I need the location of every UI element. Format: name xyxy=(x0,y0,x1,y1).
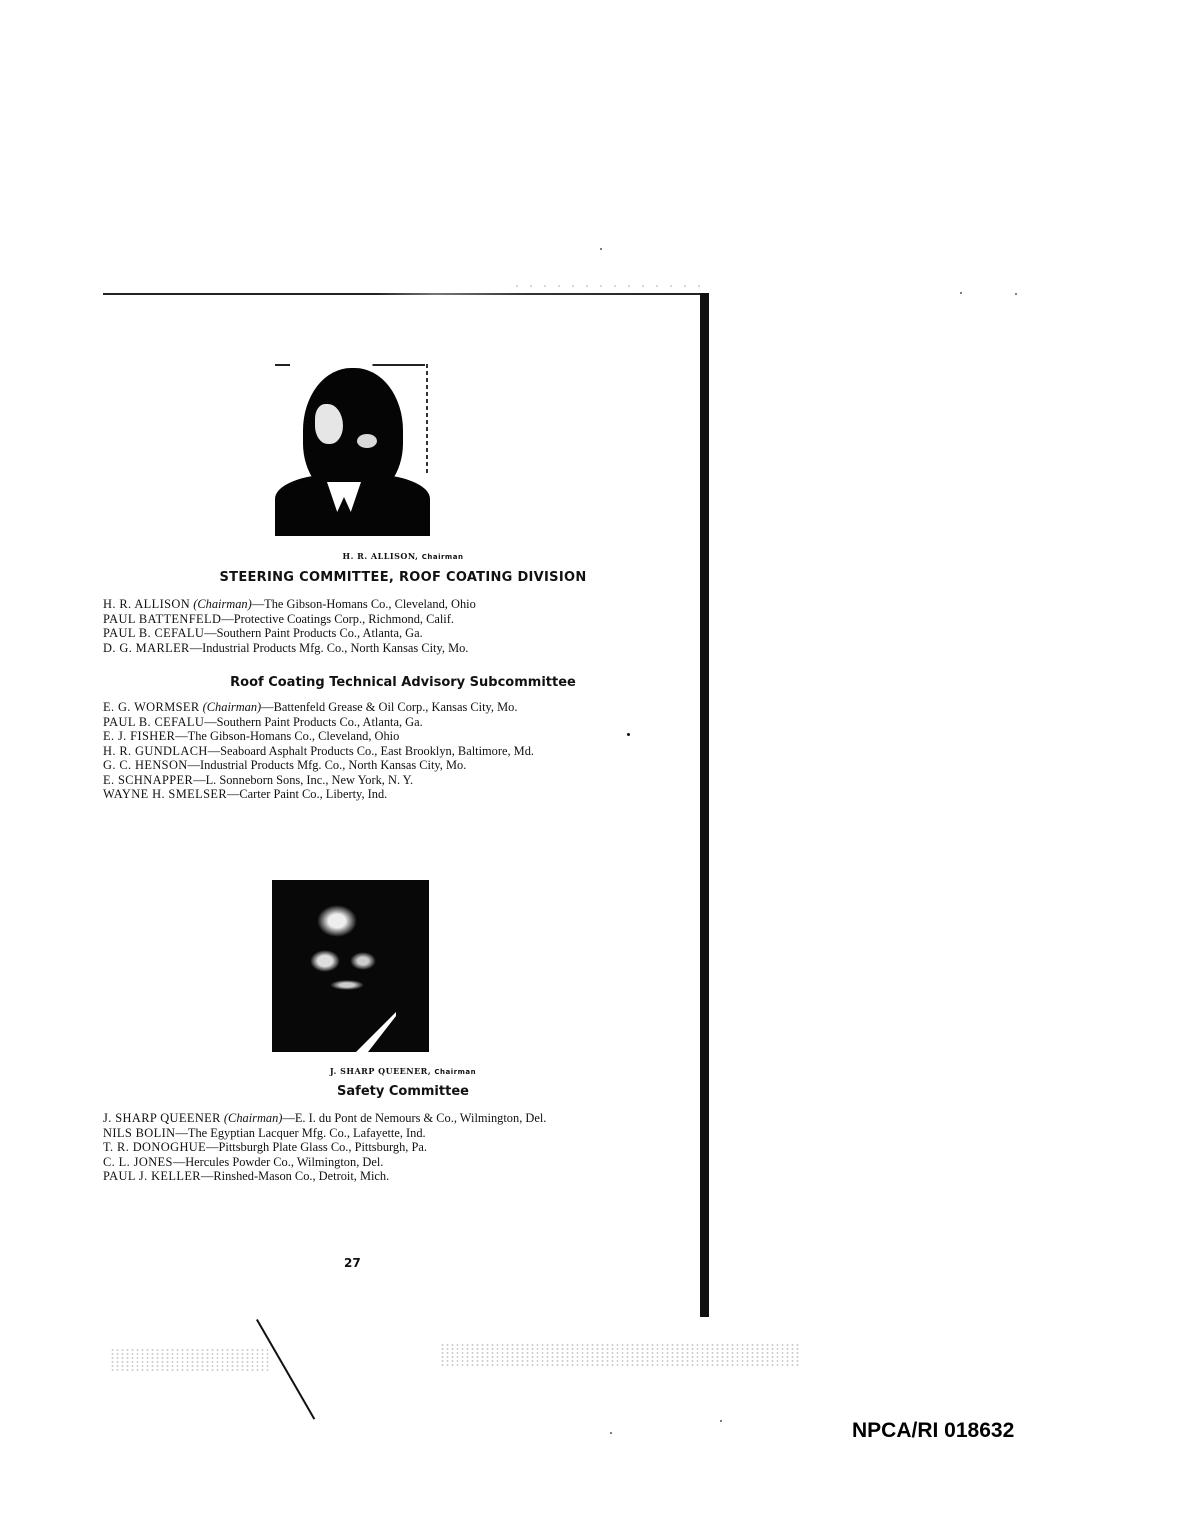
member-list-steering-committee: H. R. ALLISON (Chairman)—The Gibson-Homa… xyxy=(103,597,608,655)
scan-speck xyxy=(600,248,602,250)
scan-noise xyxy=(110,1348,270,1372)
member-entry: NILS BOLIN—The Egyptian Lacquer Mfg. Co.… xyxy=(103,1126,608,1141)
member-entry: WAYNE H. SMELSER—Carter Paint Co., Liber… xyxy=(103,787,608,802)
member-entry: E. SCHNAPPER—L. Sonneborn Sons, Inc., Ne… xyxy=(103,773,608,788)
portrait-photo-allison xyxy=(275,364,430,536)
photo-caption-queener: J. SHARP QUEENER, Chairman xyxy=(103,1066,703,1076)
member-name: H. R. ALLISON xyxy=(103,597,190,611)
section-heading-steering-committee: STEERING COMMITTEE, ROOF COATING DIVISIO… xyxy=(103,570,703,585)
member-entry: H. R. GUNDLACH—Seaboard Asphalt Products… xyxy=(103,744,608,759)
member-name: G. C. HENSON xyxy=(103,758,188,772)
bates-stamp: NPCA/RI 018632 xyxy=(852,1419,1014,1443)
member-affiliation: —Hercules Powder Co., Wilmington, Del. xyxy=(173,1155,384,1169)
member-affiliation: —Rinshed-Mason Co., Detroit, Mich. xyxy=(201,1169,389,1183)
member-affiliation: —E. I. du Pont de Nemours & Co., Wilming… xyxy=(282,1111,546,1125)
member-entry: D. G. MARLER—Industrial Products Mfg. Co… xyxy=(103,641,608,656)
member-affiliation: —Carter Paint Co., Liberty, Ind. xyxy=(227,787,387,801)
member-name: PAUL J. KELLER xyxy=(103,1169,201,1183)
member-affiliation: —The Gibson-Homans Co., Cleveland, Ohio xyxy=(175,729,399,743)
member-role: (Chairman) xyxy=(193,597,252,611)
caption-name: H. R. ALLISON, xyxy=(343,551,419,561)
member-list-technical-subcommittee: E. G. WORMSER (Chairman)—Battenfeld Grea… xyxy=(103,700,608,802)
member-entry: PAUL B. CEFALU—Southern Paint Products C… xyxy=(103,626,608,641)
member-name: E. SCHNAPPER xyxy=(103,773,193,787)
scan-speck xyxy=(627,733,630,736)
member-role: (Chairman) xyxy=(224,1111,283,1125)
member-affiliation: —L. Sonneborn Sons, Inc., New York, N. Y… xyxy=(193,773,413,787)
member-role: (Chairman) xyxy=(203,700,262,714)
top-rule xyxy=(103,293,708,295)
scan-speck xyxy=(720,1420,722,1422)
member-name: WAYNE H. SMELSER xyxy=(103,787,227,801)
member-name: H. R. GUNDLACH xyxy=(103,744,208,758)
scan-noise xyxy=(510,283,710,291)
caption-role: Chairman xyxy=(422,553,464,561)
member-affiliation: —Protective Coatings Corp., Richmond, Ca… xyxy=(221,612,454,626)
page-edge-bar xyxy=(700,293,709,1317)
member-entry: J. SHARP QUEENER (Chairman)—E. I. du Pon… xyxy=(103,1111,608,1126)
member-affiliation: —Battenfeld Grease & Oil Corp., Kansas C… xyxy=(261,700,517,714)
member-name: PAUL B. CEFALU xyxy=(103,715,204,729)
member-affiliation: —Industrial Products Mfg. Co., North Kan… xyxy=(190,641,469,655)
member-affiliation: —The Egyptian Lacquer Mfg. Co., Lafayett… xyxy=(176,1126,426,1140)
member-name: NILS BOLIN xyxy=(103,1126,176,1140)
member-name: D. G. MARLER xyxy=(103,641,190,655)
member-affiliation: —Industrial Products Mfg. Co., North Kan… xyxy=(188,758,467,772)
caption-role: Chairman xyxy=(434,1068,476,1076)
scan-speck xyxy=(610,1432,612,1434)
member-name: C. L. JONES xyxy=(103,1155,173,1169)
member-name: PAUL BATTENFELD xyxy=(103,612,221,626)
member-affiliation: —Seaboard Asphalt Products Co., East Bro… xyxy=(208,744,534,758)
section-heading-technical-subcommittee: Roof Coating Technical Advisory Subcommi… xyxy=(103,675,703,690)
scan-noise xyxy=(440,1343,800,1367)
member-entry: PAUL BATTENFELD—Protective Coatings Corp… xyxy=(103,612,608,627)
member-name: E. J. FISHER xyxy=(103,729,175,743)
section-heading-safety-committee: Safety Committee xyxy=(103,1084,703,1099)
member-name: T. R. DONOGHUE xyxy=(103,1140,206,1154)
member-entry: E. G. WORMSER (Chairman)—Battenfeld Grea… xyxy=(103,700,608,715)
member-name: J. SHARP QUEENER xyxy=(103,1111,221,1125)
member-affiliation: —Southern Paint Products Co., Atlanta, G… xyxy=(204,626,423,640)
member-entry: T. R. DONOGHUE—Pittsburgh Plate Glass Co… xyxy=(103,1140,608,1155)
member-affiliation: —Southern Paint Products Co., Atlanta, G… xyxy=(204,715,423,729)
member-name: PAUL B. CEFALU xyxy=(103,626,204,640)
member-affiliation: —The Gibson-Homans Co., Cleveland, Ohio xyxy=(252,597,476,611)
member-entry: PAUL J. KELLER—Rinshed-Mason Co., Detroi… xyxy=(103,1169,608,1184)
member-entry: G. C. HENSON—Industrial Products Mfg. Co… xyxy=(103,758,608,773)
photo-caption-allison: H. R. ALLISON, Chairman xyxy=(103,551,703,561)
caption-name: J. SHARP QUEENER, xyxy=(330,1066,431,1076)
member-entry: PAUL B. CEFALU—Southern Paint Products C… xyxy=(103,715,608,730)
page-number: 27 xyxy=(344,1256,361,1270)
member-list-safety-committee: J. SHARP QUEENER (Chairman)—E. I. du Pon… xyxy=(103,1111,608,1184)
portrait-photo-queener xyxy=(272,880,429,1052)
scan-speck xyxy=(1015,293,1017,295)
member-entry: H. R. ALLISON (Chairman)—The Gibson-Homa… xyxy=(103,597,608,612)
member-entry: C. L. JONES—Hercules Powder Co., Wilming… xyxy=(103,1155,608,1170)
member-name: E. G. WORMSER xyxy=(103,700,200,714)
member-entry: E. J. FISHER—The Gibson-Homans Co., Clev… xyxy=(103,729,608,744)
member-affiliation: —Pittsburgh Plate Glass Co., Pittsburgh,… xyxy=(206,1140,427,1154)
scan-speck xyxy=(960,292,962,294)
